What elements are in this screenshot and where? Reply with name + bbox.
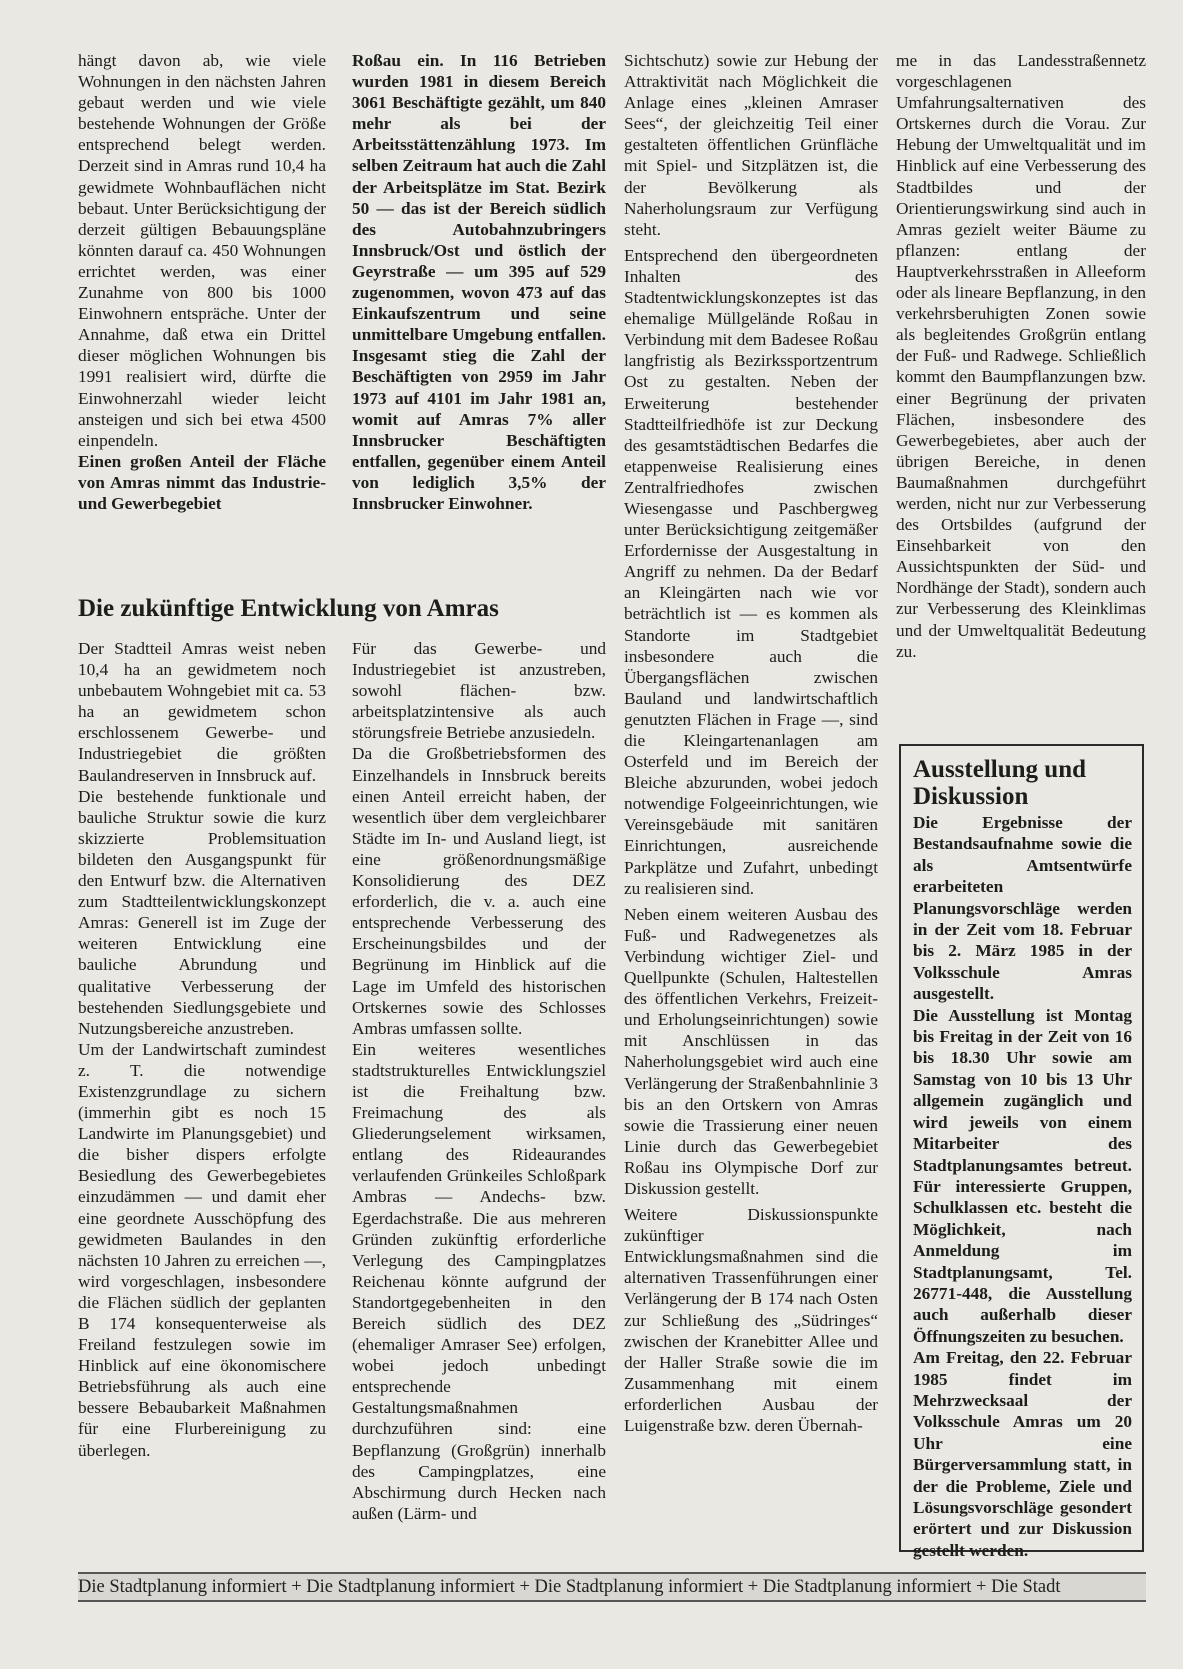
section-heading: Die zukünftige Entwicklung von Amras: [78, 594, 499, 624]
paragraph: Der Stadtteil Amras weist neben 10,4 ha …: [78, 638, 326, 786]
article-column-3: Sichtschutz) sowie zur Hebung der Attrak…: [624, 50, 878, 1436]
article-column-2: Roßau ein. In 116 Betrieben wurden 1981 …: [352, 50, 606, 514]
paragraph-bold: Einen großen Anteil der Fläche von Amras…: [78, 451, 326, 514]
article-column-4: me in das Landesstraßennetz vorgeschlage…: [896, 50, 1146, 662]
paragraph: me in das Landesstraßennetz vorgeschlage…: [896, 50, 1146, 662]
footer-banner: Die Stadtplanung informiert + Die Stadtp…: [78, 1572, 1146, 1602]
paragraph: Weitere Diskussionspunkte zukünftiger En…: [624, 1204, 878, 1436]
paragraph: Neben einem weiteren Ausbau des Fuß- und…: [624, 904, 878, 1199]
info-paragraph: Die Ergebnisse der Bestandsaufnahme sowi…: [913, 812, 1132, 1005]
info-box: Ausstellung und Diskussion Die Ergebniss…: [899, 744, 1144, 1552]
paragraph: Entsprechend den übergeordneten Inhalten…: [624, 245, 878, 899]
article-column-1: hängt davon ab, wie viele Wohnungen in d…: [78, 50, 326, 514]
section-column-2: Für das Gewerbe- und Industriegebiet ist…: [352, 638, 606, 1524]
paragraph: Um der Landwirtschaft zumindest z. T. di…: [78, 1039, 326, 1461]
paragraph-bold: Roßau ein. In 116 Betrieben wurden 1981 …: [352, 50, 606, 514]
paragraph: Ein weiteres wesentliches stadtstrukture…: [352, 1039, 606, 1524]
section-column-1: Der Stadtteil Amras weist neben 10,4 ha …: [78, 638, 326, 1461]
info-paragraph: Am Freitag, den 22. Februar 1985 findet …: [913, 1347, 1132, 1561]
paragraph: Da die Großbetriebsformen des Einzelhand…: [352, 743, 606, 1038]
info-box-body: Die Ergebnisse der Bestandsaufnahme sowi…: [913, 812, 1132, 1561]
paragraph: Die bestehende funktionale und bauliche …: [78, 786, 326, 1039]
info-paragraph: Die Ausstellung ist Montag bis Freitag i…: [913, 1005, 1132, 1348]
info-box-title: Ausstellung und Diskussion: [913, 756, 1132, 810]
paragraph: hängt davon ab, wie viele Wohnungen in d…: [78, 50, 326, 451]
paragraph: Sichtschutz) sowie zur Hebung der Attrak…: [624, 50, 878, 240]
paragraph: Für das Gewerbe- und Industriegebiet ist…: [352, 638, 606, 743]
